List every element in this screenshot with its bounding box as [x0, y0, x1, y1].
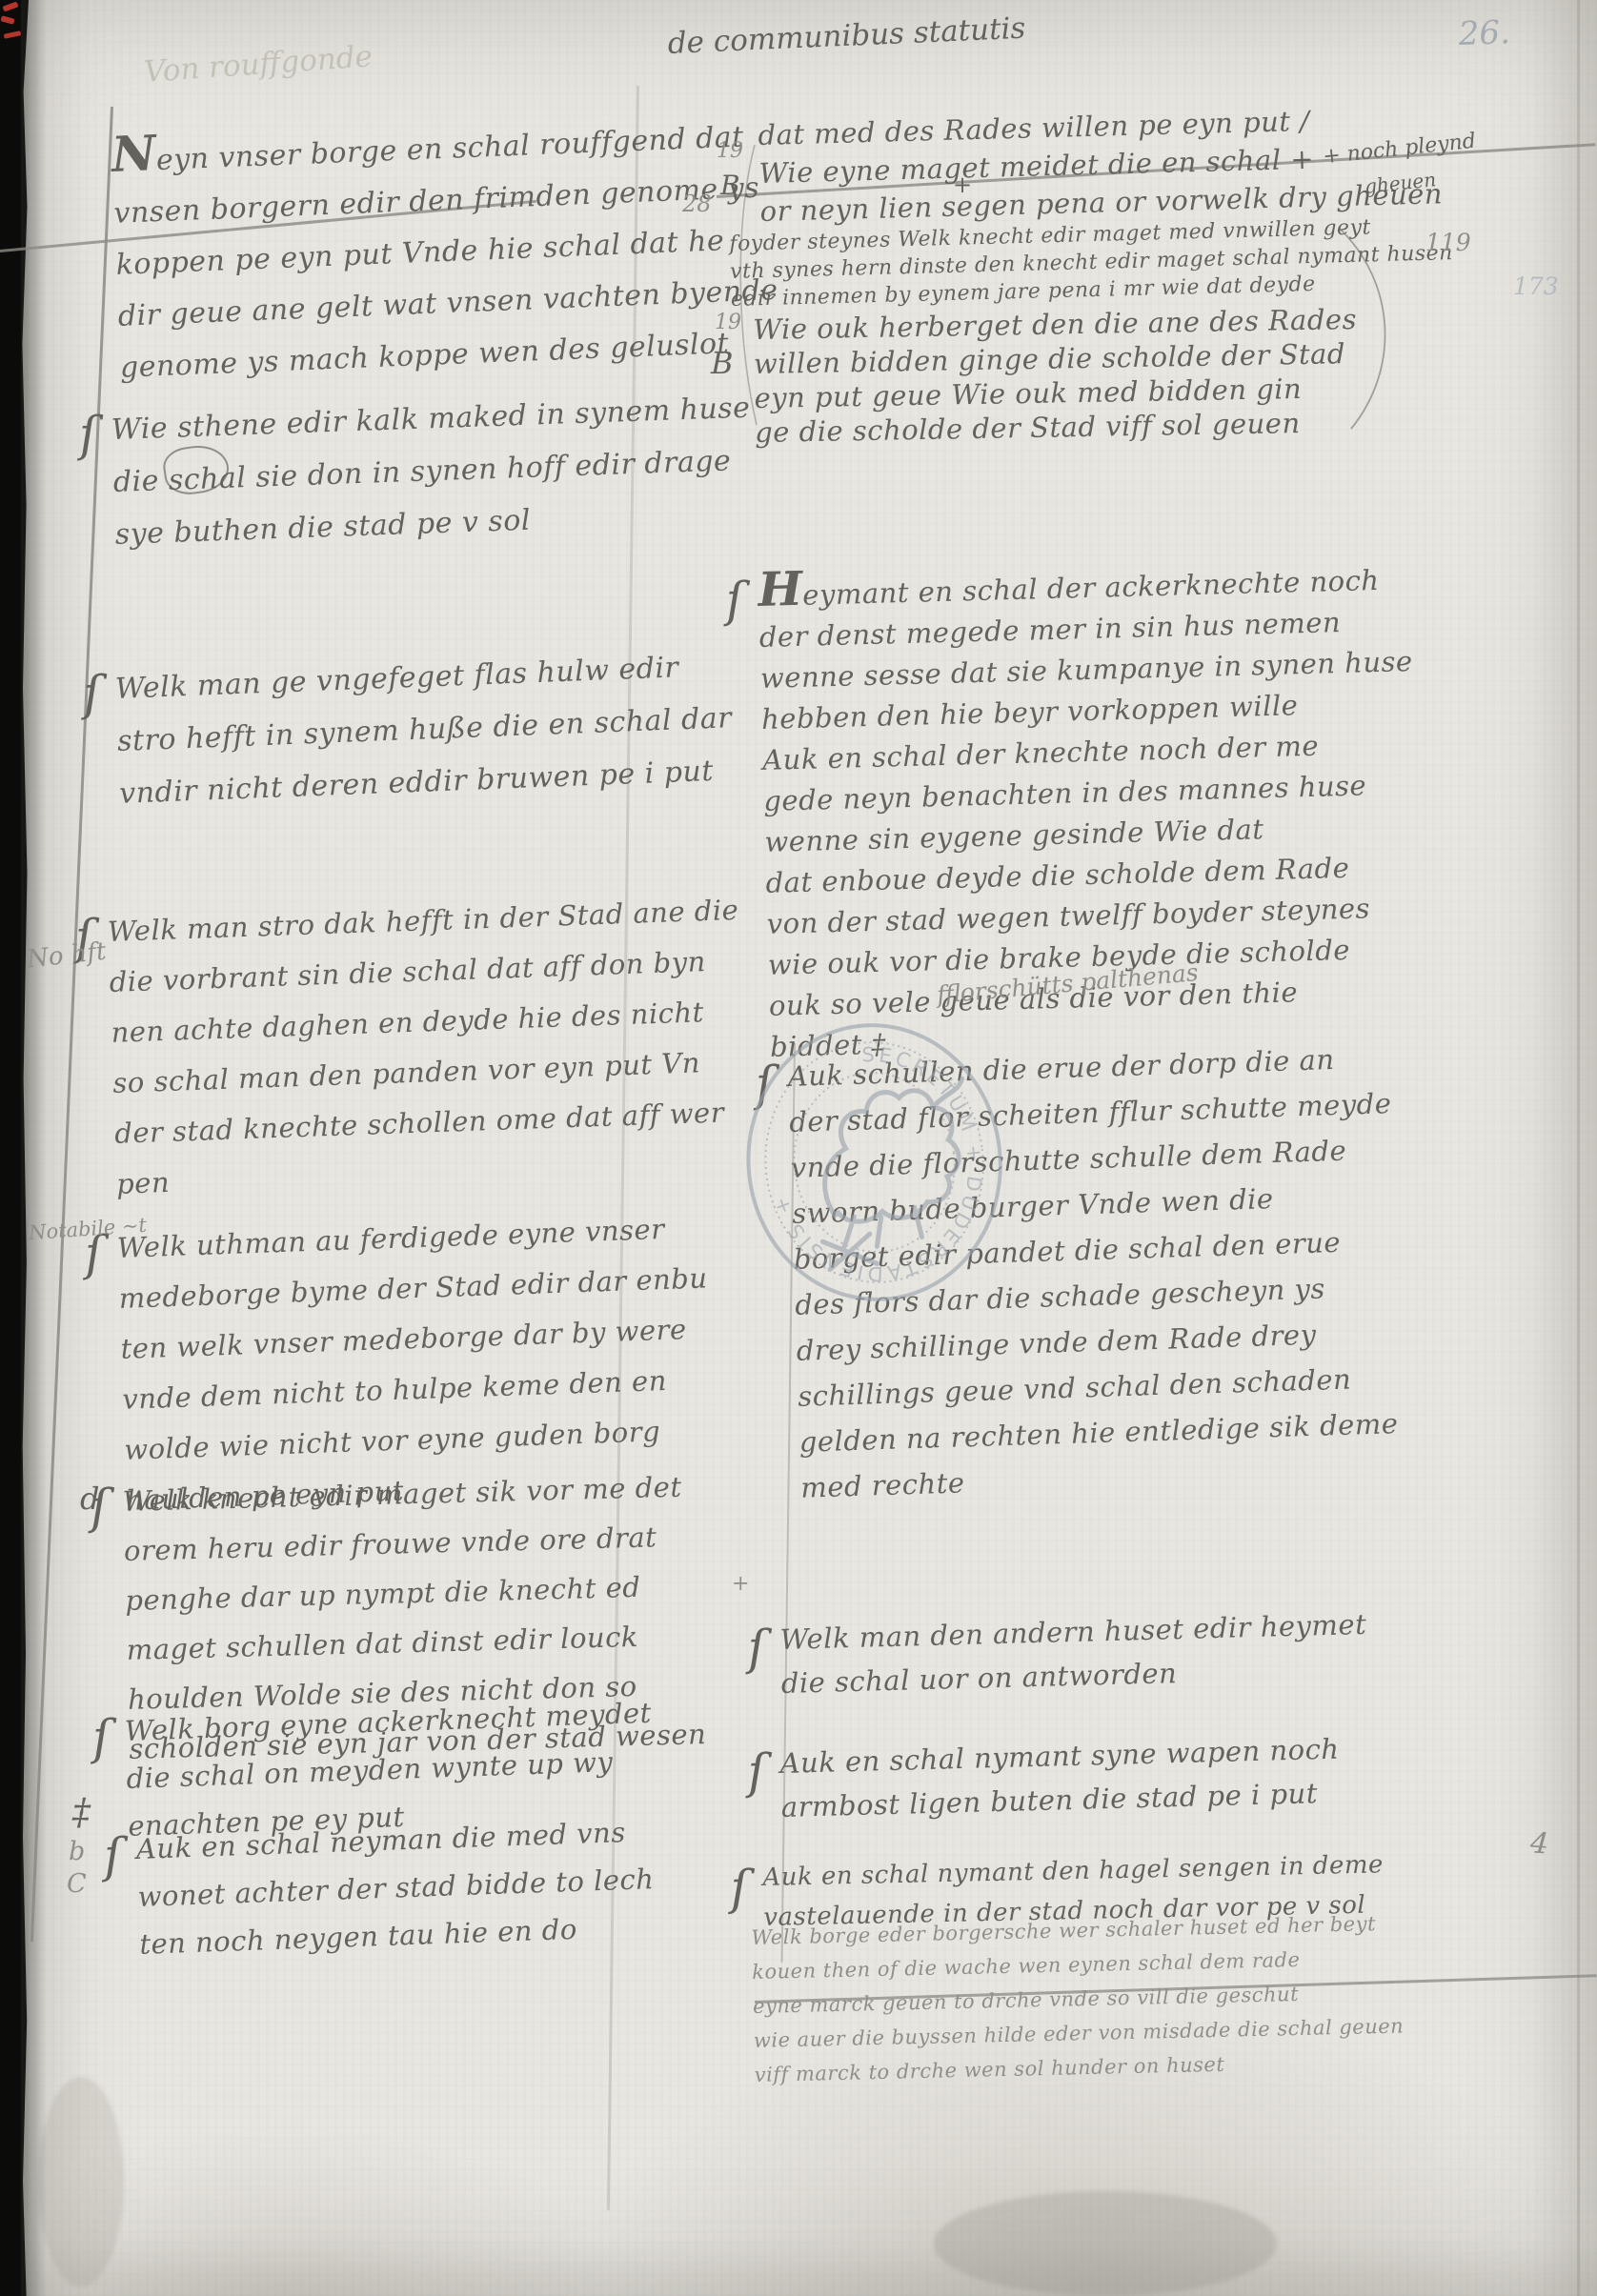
statute-paragraph: ſ Auk en schal nymant syne wapen nocharm…: [779, 1727, 1341, 1829]
paragraph-mark: ſ: [730, 1860, 749, 1915]
later-hand-addition: Welk borge eder borgersche wer schaler h…: [751, 1906, 1405, 2092]
paragraph-mark: ſ: [725, 572, 744, 627]
paragraph-mark: ſ: [103, 1828, 123, 1884]
statute-paragraph: ſ Welk man den andern huset edir heymetd…: [779, 1602, 1368, 1705]
margin-letter-d: d: [80, 1480, 99, 1517]
page-number: 26.: [1458, 13, 1510, 53]
paragraph-mark: ſ: [747, 1743, 766, 1799]
margin-number-28: 28: [682, 191, 712, 217]
paragraph-mark: ſ: [78, 407, 98, 463]
paragraph-mark: ſ: [747, 1620, 766, 1675]
statute-paragraph: Neyn vnser borge en schal rouffgend datv…: [111, 103, 781, 394]
paper-stain: [38, 2077, 124, 2286]
margin-number-173: 173: [1513, 272, 1559, 300]
margin-bracket-curve: [1332, 225, 1418, 444]
statute-paragraph: ſ Welk man ge vngefeget flas hulw edirst…: [114, 639, 735, 820]
scan-edge-shadow: [21, 0, 46, 2296]
margin-number-119: 119: [1425, 229, 1471, 256]
statute-paragraph: ſ Wie sthene edir kalk maked in synem hu…: [111, 382, 755, 561]
margin-number-4: 4: [1529, 1826, 1549, 1861]
city-seal-stamp: SECRETUM + DUDERSTADIENSIS +: [704, 991, 1045, 1340]
margin-letter-b: b: [69, 1837, 85, 1866]
statute-paragraph: ſ Auk en schal neyman die med vnswonet a…: [135, 1807, 657, 1968]
right-edge-crease: [1577, 0, 1580, 2296]
paragraph-mark: ſ: [91, 1710, 111, 1766]
caret-insertion-mark: +: [953, 171, 972, 198]
statute-paragraph: ſ Welk man stro dak hefft in der Stad an…: [107, 885, 748, 1210]
margin-letter-B: B: [711, 345, 734, 381]
margin-plus-mark: +: [732, 1572, 749, 1596]
paragraph-mark: ſ: [82, 666, 102, 722]
statute-paragraph: Wie ouk herberget den die ane des Radesw…: [753, 302, 1359, 450]
paper-stain: [934, 2191, 1277, 2296]
margin-bracket-curve: [734, 143, 762, 429]
margin-letter-c: C: [67, 1869, 87, 1899]
margin-double-cross: ‡: [72, 1791, 91, 1833]
